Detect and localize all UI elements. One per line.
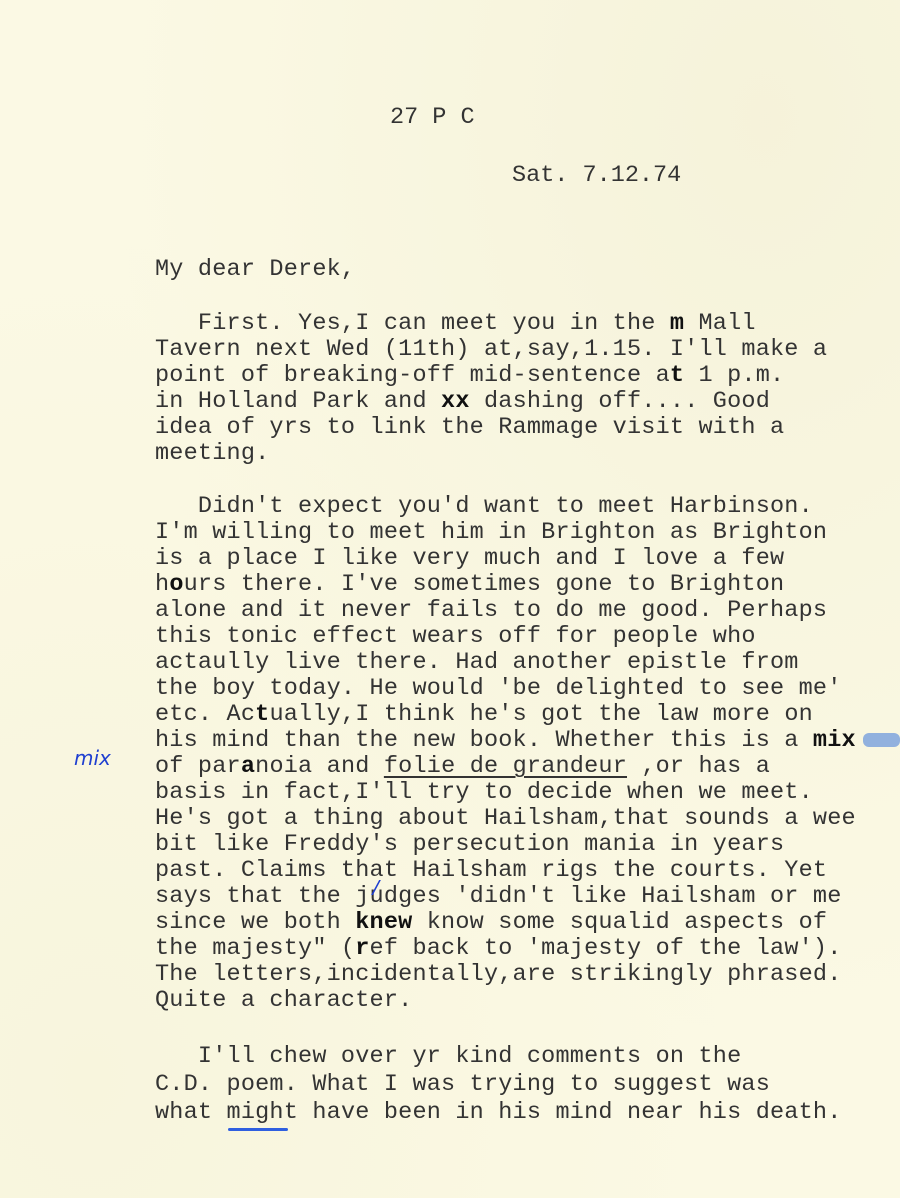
text-line: C.D. poem. What I was trying to suggest …: [155, 1072, 770, 1098]
text-line: past. Claims that Hailsham rigs the cour…: [155, 858, 827, 884]
salutation: My dear Derek,: [155, 257, 355, 283]
text-line: alone and it never fails to do me good. …: [155, 598, 827, 624]
text-line: The letters,incidentally,are strikingly …: [155, 962, 842, 988]
text-line: Tavern next Wed (11th) at,say,1.15. I'll…: [155, 337, 827, 363]
date-line: Sat. 7.12.74: [512, 162, 681, 189]
letter-page: 27 P C Sat. 7.12.74 My dear Derek, First…: [0, 0, 900, 1198]
typed-strikeout: mix: [813, 727, 856, 754]
text-line: in Holland Park and xx dashing off.... G…: [155, 389, 770, 415]
text-line: meeting.: [155, 441, 269, 467]
emphasized-word: might: [227, 1099, 299, 1126]
typed-strikeout: o: [169, 571, 183, 598]
text-line: since we both knew know some squalid asp…: [155, 910, 827, 936]
text-line: He's got a thing about Hailsham,that sou…: [155, 806, 856, 832]
text-line: basis in fact,I'll try to decide when we…: [155, 780, 813, 806]
text-line: I'm willing to meet him in Brighton as B…: [155, 520, 827, 546]
text-line: hours there. I've sometimes gone to Brig…: [155, 572, 784, 598]
text-line: Didn't expect you'd want to meet Harbins…: [155, 494, 813, 520]
address-line: 27 P C: [390, 104, 475, 131]
typed-strikeout: m: [670, 310, 684, 337]
pen-strikeout-mark: [863, 733, 900, 747]
text-line: bit like Freddy's persecution mania in y…: [155, 832, 784, 858]
text-line: says that the judges 'didn't like Hailsh…: [155, 884, 842, 910]
text-line: of paranoia and folie de grandeur ,or ha…: [155, 754, 770, 780]
text-line: First. Yes,I can meet you in the m Mall: [155, 311, 756, 337]
text-line: idea of yrs to link the Rammage visit wi…: [155, 415, 784, 441]
text-line: the majesty" (ref back to 'majesty of th…: [155, 936, 842, 962]
text-line: the boy today. He would 'be delighted to…: [155, 676, 842, 702]
typed-strikeout: a: [241, 753, 255, 780]
text-line: what might have been in his mind near hi…: [155, 1100, 842, 1126]
text-line: his mind than the new book. Whether this…: [155, 728, 856, 754]
text-line: Quite a character.: [155, 988, 412, 1014]
typed-strikeout: knew: [355, 909, 412, 936]
typed-strikeout: xx: [441, 388, 470, 415]
typed-strikeout: t: [670, 362, 684, 389]
pen-quote-mark: /: [370, 879, 382, 902]
text-line: I'll chew over yr kind comments on the: [155, 1044, 741, 1070]
underlined-phrase: folie de grandeur: [384, 753, 627, 780]
typed-strikeout: t: [255, 701, 269, 728]
margin-annotation: mix: [74, 746, 111, 770]
text-line: is a place I like very much and I love a…: [155, 546, 784, 572]
text-line: actaully live there. Had another epistle…: [155, 650, 799, 676]
text-line: etc. Actually,I think he's got the law m…: [155, 702, 813, 728]
text-line: point of breaking-off mid-sentence at 1 …: [155, 363, 784, 389]
typed-strikeout: r: [355, 935, 369, 962]
text-line: this tonic effect wears off for people w…: [155, 624, 756, 650]
pen-underline-mark: [228, 1128, 288, 1131]
